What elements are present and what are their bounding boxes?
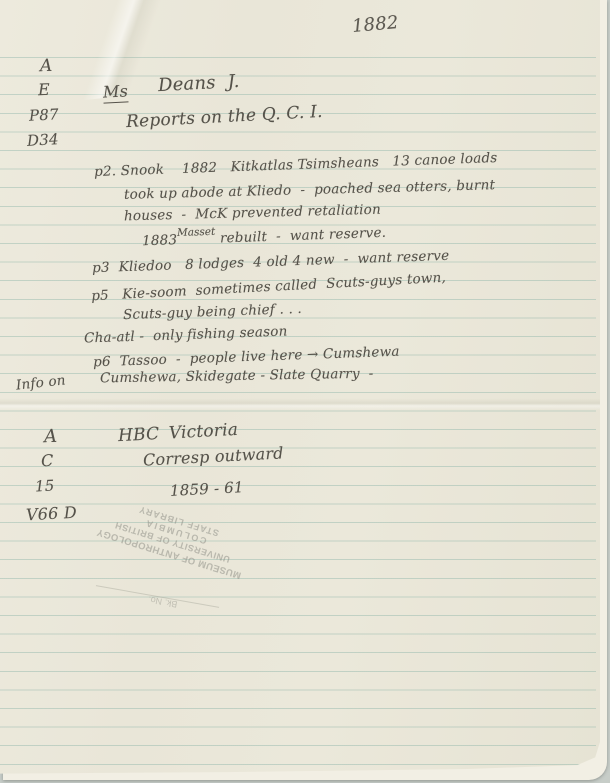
rebuilt-insertion: Masset xyxy=(177,226,216,239)
rebuilt-year: 1883 xyxy=(142,232,178,249)
author-name: Deans J. xyxy=(158,71,241,96)
call-number-2-line-1: A xyxy=(44,426,58,447)
call-number-1-line-3: P87 xyxy=(29,105,60,125)
call-number-1-line-2: E xyxy=(38,80,51,99)
call-number-2-line-3: 15 xyxy=(35,477,55,496)
scanned-document: 1882 A E P87 D34 Ms Deans J. Reports on … xyxy=(0,0,610,783)
year-note: 1882 xyxy=(351,12,399,37)
call-number-2-line-4: V66 D xyxy=(26,503,78,525)
notepad-page: 1882 A E P87 D34 Ms Deans J. Reports on … xyxy=(0,0,600,776)
call-number-1-line-1: A xyxy=(40,56,53,76)
call-number-2-line-2: C xyxy=(41,451,54,470)
entry2-dates: 1859 - 61 xyxy=(170,478,245,500)
call-number-1-line-4: D34 xyxy=(27,130,60,150)
paper-crease-middle xyxy=(0,396,600,412)
format-label: Ms xyxy=(102,81,128,103)
